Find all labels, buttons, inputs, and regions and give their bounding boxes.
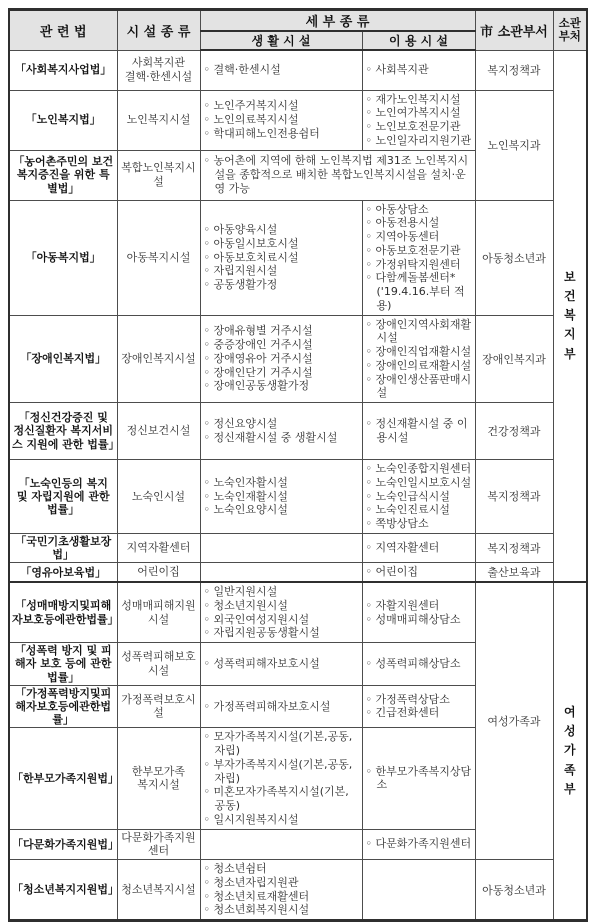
city-dept-cell: 복지정책과 <box>475 460 553 534</box>
table-row: 「노인복지법」 노인복지시설 노인주거복지시설노인의료복지시설학대피해노인전용쉼… <box>9 90 587 150</box>
city-dept-cell: 출산보육과 <box>475 563 553 583</box>
facility-type-cell: 어린이집 <box>117 563 200 583</box>
merged-detail-cell: 농어촌에 지역에 한해 노인복지법 제31조 노인복지시설을 종합적으로 배치한… <box>200 150 475 200</box>
ministry-cell: 여성가족부 <box>553 582 587 920</box>
use-cell: 어린이집 <box>362 563 475 583</box>
residential-cell: 노숙인자활시설노숙인재활시설노숙인요양시설 <box>200 460 362 534</box>
use-cell: 아동상담소아동전용시설지역아동센터아동보호전문기관가정위탁지원센터다함께돌봄센터… <box>362 200 475 315</box>
use-cell: 노숙인종합지원센터노숙인일시보호시설노숙인급식시설노숙인진료시설쪽방상담소 <box>362 460 475 534</box>
city-dept-cell: 복지정책과 <box>475 533 553 562</box>
use-cell: 가정폭력상담소긴급전화센터 <box>362 685 475 728</box>
header-law: 관 련 법 <box>9 10 117 51</box>
law-cell: 「정신건강증진 및 정신질환자 복지서비스 지원에 관한 법률」 <box>9 403 117 460</box>
table-row: 「국민기초생활보장법」 지역자활센터 지역자활센터 복지정책과 <box>9 533 587 562</box>
law-cell: 「가정폭력방지및피해자보호등에관한법률」 <box>9 685 117 728</box>
facility-type-cell: 아동복지시설 <box>117 200 200 315</box>
facility-type-cell: 장애인복지시설 <box>117 315 200 403</box>
law-cell: 「성매매방지및피해자보호등에관한법률」 <box>9 582 117 643</box>
facility-type-cell: 노인복지시설 <box>117 90 200 150</box>
welfare-facility-table: 관 련 법 시 설 종 류 세 부 종 류 市 소관부서 소관 부처 생 활 시… <box>8 8 588 922</box>
use-list: 아동상담소아동전용시설지역아동센터아동보호전문기관가정위탁지원센터다함께돌봄센터… <box>366 203 472 286</box>
header-facility-type: 시 설 종 류 <box>117 10 200 51</box>
residential-cell <box>200 829 362 860</box>
residential-cell: 청소년쉼터청소년자립지원관청소년치료재활센터청소년회복지원시설 <box>200 860 362 921</box>
use-cell: 장애인지역사회재활시설장애인직업재활시설장애인의료재활시설장애인생산품판매시설 <box>362 315 475 403</box>
residential-cell: 노인주거복지시설노인의료복지시설학대피해노인전용쉼터 <box>200 90 362 150</box>
residential-cell: 결핵·한센시설 <box>200 50 362 90</box>
table-row: 「영유아보육법」 어린이집 어린이집 출산보육과 <box>9 563 587 583</box>
law-cell: 「장애인복지법」 <box>9 315 117 403</box>
table-row: 「노숙인등의 복지 및 자립지원에 관한 법률」 노숙인시설 노숙인자활시설노숙… <box>9 460 587 534</box>
header-detail-type: 세 부 종 류 <box>200 10 475 32</box>
residential-cell: 일반지원시설청소년지원시설외국인여성지원시설자립지원공동생활시설 <box>200 582 362 643</box>
residential-cell: 장애유형별 거주시설중증장애인 거주시설장애영유아 거주시설장애인단기 거주시설… <box>200 315 362 403</box>
use-cell: 성폭력피해상담소 <box>362 643 475 686</box>
table-row: 「정신건강증진 및 정신질환자 복지서비스 지원에 관한 법률」 정신보건시설 … <box>9 403 587 460</box>
residential-cell: 성폭력피해자보호시설 <box>200 643 362 686</box>
law-cell: 「성폭력 방지 및 피해자 보호 등에 관한 법률」 <box>9 643 117 686</box>
city-dept-cell: 아동청소년과 <box>475 860 553 921</box>
city-dept-cell: 장애인복지과 <box>475 315 553 403</box>
use-cell: 사회복지관 <box>362 50 475 90</box>
facility-type-cell: 가정폭력보호시설 <box>117 685 200 728</box>
city-dept-cell: 건강정책과 <box>475 403 553 460</box>
facility-type-cell: 복합노인복지시설 <box>117 150 200 200</box>
use-cell: 자활지원센터성매매피해상담소 <box>362 582 475 643</box>
header-residential: 생 활 시 설 <box>200 31 362 50</box>
table-row: 「사회복지사업법」 사회복지관 결핵·한센시설 결핵·한센시설 사회복지관 복지… <box>9 50 587 90</box>
header-use: 이 용 시 설 <box>362 31 475 50</box>
facility-type-cell: 노숙인시설 <box>117 460 200 534</box>
header-ministry: 소관 부처 <box>553 10 587 51</box>
residential-cell: 정신요양시설정신재활시설 중 생활시설 <box>200 403 362 460</box>
use-cell: 정신재활시설 중 이용시설 <box>362 403 475 460</box>
table-row: 「청소년복지지원법」 청소년복지시설 청소년쉼터청소년자립지원관청소년치료재활센… <box>9 860 587 921</box>
city-dept-cell: 복지정책과 <box>475 50 553 90</box>
law-cell: 「사회복지사업법」 <box>9 50 117 90</box>
facility-type-cell: 성폭력피해보호시설 <box>117 643 200 686</box>
facility-type-cell: 청소년복지시설 <box>117 860 200 921</box>
table-row: 「아동복지법」 아동복지시설 아동양육시설아동일시보호시설아동보호치료시설자립지… <box>9 200 587 315</box>
table-row: 「장애인복지법」 장애인복지시설 장애유형별 거주시설중증장애인 거주시설장애영… <box>9 315 587 403</box>
use-note: ('19.4.16.부터 적용) <box>366 285 472 313</box>
use-cell <box>362 860 475 921</box>
law-cell: 「농어촌주민의 보건복지증진을 위한 특별법」 <box>9 150 117 200</box>
facility-type-cell: 한부모가족 복지시설 <box>117 728 200 829</box>
residential-cell: 모자가족복지시설(기본,공동,자립)부자가족복지시설(기본,공동,자립)미혼모자… <box>200 728 362 829</box>
use-cell: 재가노인복지시설노인여가복지시설노인보호전문기관노인일자리지원기관 <box>362 90 475 150</box>
header-city-dept: 市 소관부서 <box>475 10 553 51</box>
facility-type-cell: 사회복지관 결핵·한센시설 <box>117 50 200 90</box>
facility-type-cell: 다문화가족지원센터 <box>117 829 200 860</box>
law-cell: 「아동복지법」 <box>9 200 117 315</box>
facility-type-cell: 정신보건시설 <box>117 403 200 460</box>
law-cell: 「한부모가족지원법」 <box>9 728 117 829</box>
law-cell: 「국민기초생활보장법」 <box>9 533 117 562</box>
law-cell: 「영유아보육법」 <box>9 563 117 583</box>
facility-type-cell: 성매매피해지원시설 <box>117 582 200 643</box>
facility-type-cell: 지역자활센터 <box>117 533 200 562</box>
law-cell: 「다문화가족지원법」 <box>9 829 117 860</box>
residential-cell: 아동양육시설아동일시보호시설아동보호치료시설자립지원시설공동생활가정 <box>200 200 362 315</box>
law-cell: 「노숙인등의 복지 및 자립지원에 관한 법률」 <box>9 460 117 534</box>
residential-cell <box>200 563 362 583</box>
law-cell: 「청소년복지지원법」 <box>9 860 117 921</box>
use-cell: 한부모가족복지상담소 <box>362 728 475 829</box>
law-cell: 「노인복지법」 <box>9 90 117 150</box>
residential-cell: 가정폭력피해자보호시설 <box>200 685 362 728</box>
residential-cell <box>200 533 362 562</box>
table-row: 「성매매방지및피해자보호등에관한법률」 성매매피해지원시설 일반지원시설청소년지… <box>9 582 587 643</box>
city-dept-cell: 노인복지과 <box>475 90 553 200</box>
ministry-cell: 보건복지부 <box>553 50 587 582</box>
city-dept-cell: 여성가족과 <box>475 582 553 859</box>
use-cell: 다문화가족지원센터 <box>362 829 475 860</box>
city-dept-cell: 아동청소년과 <box>475 200 553 315</box>
use-cell: 지역자활센터 <box>362 533 475 562</box>
